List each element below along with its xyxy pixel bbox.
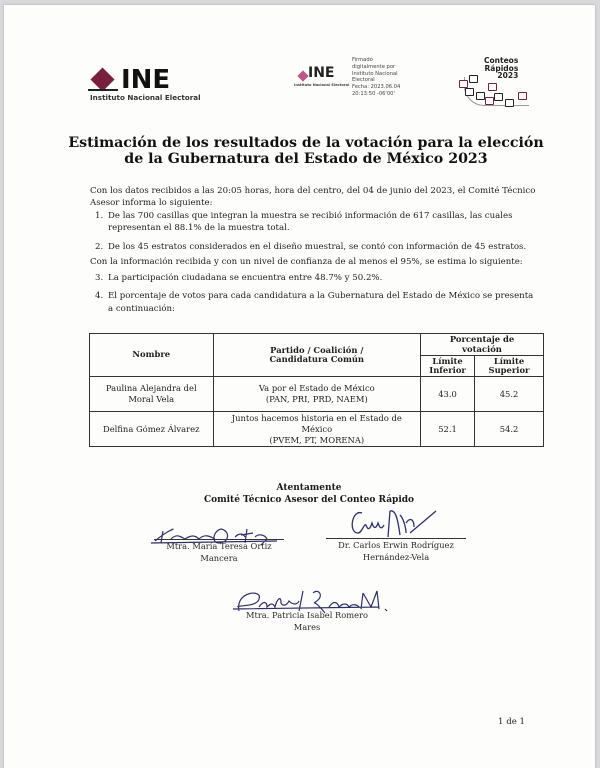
- header-percentage: Porcentaje de votación: [421, 334, 544, 356]
- header-lower-text: Límite Inferior: [426, 357, 470, 376]
- stamp-line: Electoral: [352, 77, 422, 84]
- conteos-logo-text: Conteos Rápidos 2023: [484, 57, 518, 80]
- signature-line: [154, 539, 284, 540]
- cell-coalition: Va por el Estado de México (PAN, PRI, PR…: [213, 377, 421, 412]
- signer-name-line1: Mtra. María Teresa Ortiz: [154, 541, 284, 553]
- list-number: 3.: [95, 272, 103, 284]
- table-row: Paulina Alejandra del Moral Vela Va por …: [90, 377, 544, 412]
- list-item: 3. La participación ciudadana se encuent…: [90, 272, 540, 284]
- stamp-line: digitalmente por: [352, 64, 422, 71]
- signer-name-line1: Dr. Carlos Erwin Rodríguez: [326, 540, 466, 552]
- stamp-line: Instituto Nacional: [352, 71, 422, 78]
- signature-rodriguez-icon: [344, 503, 444, 541]
- title-line1: Estimación de los resultados de la votac…: [64, 136, 548, 152]
- signer-rodriguez: Dr. Carlos Erwin Rodríguez Hernández-Vel…: [326, 538, 466, 563]
- signer-name-line1: Mtra. Patricia Isabel Romero: [232, 610, 382, 622]
- ine-small-flame-icon: [297, 70, 308, 81]
- ine-small-logo-subtitle: Instituto Nacional Electoral: [294, 83, 349, 87]
- digital-signature-stamp: INE Instituto Nacional Electoral Firmado…: [294, 57, 424, 107]
- list-text: De los 45 estratos considerados en el di…: [108, 242, 526, 252]
- findings-list-a: 1. De las 700 casillas que integran la m…: [90, 210, 540, 259]
- table-row: Delfina Gómez Álvarez Juntos hacemos his…: [90, 412, 544, 447]
- findings-list-b: 3. La participación ciudadana se encuent…: [90, 272, 540, 321]
- header-percentage-text: Porcentaje de votación: [442, 335, 522, 354]
- list-number: 2.: [95, 241, 103, 253]
- header-name: Nombre: [90, 334, 214, 377]
- ballot-box-icon: [488, 83, 497, 91]
- ballot-box-icon: [518, 92, 527, 100]
- ballot-box-icon: [469, 75, 478, 83]
- cell-upper: 45.2: [475, 377, 544, 412]
- header-upper-text: Límite Superior: [484, 357, 534, 376]
- header-upper-limit: Límite Superior: [475, 356, 544, 377]
- stamp-line: 20:13:50 -06'00': [352, 91, 422, 98]
- signer-romero: Mtra. Patricia Isabel Romero Mares: [232, 610, 382, 633]
- salutation: Atentamente: [164, 483, 454, 495]
- coalition-parties: (PAN, PRI, PRD, NAEM): [217, 394, 418, 405]
- signature-line: [326, 538, 466, 539]
- ballot-box-icon: [485, 97, 494, 105]
- signer-name-line2: Mancera: [154, 553, 284, 565]
- list-item: 1. De las 700 casillas que integran la m…: [90, 210, 540, 235]
- ine-diamond-icon: [90, 67, 114, 91]
- confidence-paragraph: Con la información recibida y con un niv…: [90, 256, 540, 268]
- coalition-name: Va por el Estado de México: [217, 383, 418, 394]
- conteos-line3: 2023: [484, 72, 518, 80]
- signer-ortiz: Mtra. María Teresa Ortiz Mancera: [154, 539, 284, 564]
- list-item: 4. El porcentaje de votos para cada cand…: [90, 290, 540, 315]
- stamp-line: Fecha: 2023.06.04: [352, 84, 422, 91]
- ine-logo-word: INE: [121, 65, 170, 95]
- ballot-box-icon: [459, 80, 468, 88]
- document-page: INE Instituto Nacional Electoral INE Ins…: [4, 5, 595, 768]
- cell-coalition: Juntos hacemos historia en el Estado de …: [213, 412, 421, 447]
- stamp-line: Firmado: [352, 57, 422, 64]
- cell-name: Delfina Gómez Álvarez: [90, 412, 214, 447]
- conteos-rapidos-logo: Conteos Rápidos 2023: [456, 55, 546, 115]
- coalition-parties: (PVEM, PT, MORENA): [217, 435, 418, 446]
- signature-stamp-text: Firmado digitalmente por Instituto Nacio…: [352, 57, 422, 98]
- list-number: 1.: [95, 210, 103, 222]
- cell-lower: 52.1: [421, 412, 475, 447]
- document-title: Estimación de los resultados de la votac…: [64, 136, 548, 167]
- ine-logo-subtitle: Instituto Nacional Electoral: [90, 93, 201, 102]
- list-text: De las 700 casillas que integran la mues…: [108, 211, 513, 233]
- results-table: Nombre Partido / Coalición / Candidatura…: [89, 333, 544, 447]
- ine-logo-base-line: [88, 89, 118, 91]
- signer-name-line2: Mares: [232, 622, 382, 634]
- signer-name-line2: Hernández-Vela: [326, 552, 466, 564]
- ballot-box-icon: [476, 92, 485, 100]
- ballot-box-icon: [465, 88, 474, 96]
- title-line2: de la Gubernatura del Estado de México 2…: [64, 152, 548, 168]
- ballot-box-icon: [494, 93, 503, 101]
- list-text: La participación ciudadana se encuentra …: [108, 273, 382, 283]
- ballot-box-icon: [505, 99, 514, 107]
- header-lower-limit: Límite Inferior: [421, 356, 475, 377]
- ine-small-logo-word: INE: [308, 65, 335, 81]
- intro-paragraph: Con los datos recibidos a las 20:05 hora…: [90, 185, 540, 210]
- cell-lower: 43.0: [421, 377, 475, 412]
- page-number: 1 de 1: [498, 717, 525, 727]
- header-party-text: Partido / Coalición / Candidatura Común: [252, 346, 382, 365]
- header-party: Partido / Coalición / Candidatura Común: [213, 334, 421, 377]
- cell-name: Paulina Alejandra del Moral Vela: [90, 377, 214, 412]
- coalition-name: Juntos hacemos historia en el Estado de …: [217, 413, 418, 435]
- cell-upper: 54.2: [475, 412, 544, 447]
- list-number: 4.: [95, 290, 103, 302]
- list-text: El porcentaje de votos para cada candida…: [108, 291, 533, 313]
- ine-logo: INE Instituto Nacional Electoral: [90, 67, 210, 107]
- list-item: 2. De los 45 estratos considerados en el…: [90, 241, 540, 253]
